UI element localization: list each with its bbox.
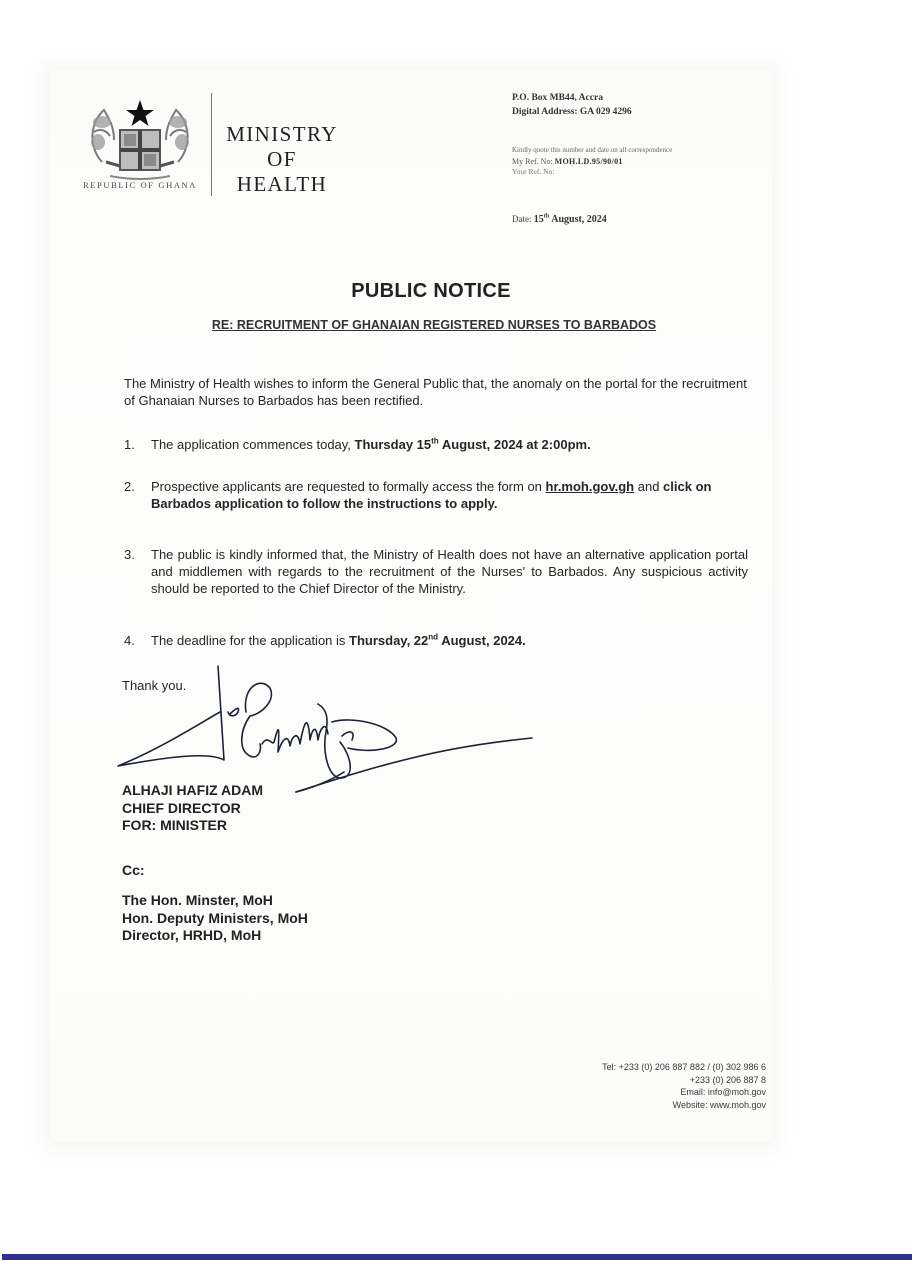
notice-subject: RE: RECRUITMENT OF GHANAIAN REGISTERED N…	[0, 318, 868, 332]
cc-list: The Hon. Minster, MoH Hon. Deputy Minist…	[122, 892, 308, 945]
footer-website: Website: www.moh.gov	[540, 1099, 766, 1112]
letter-date: Date: 15th August, 2024	[512, 214, 607, 225]
ministry-address: P.O. Box MB44, Accra Digital Address: GA…	[512, 91, 632, 119]
notice-title: PUBLIC NOTICE	[0, 280, 862, 303]
digital-address: Digital Address: GA 029 4296	[512, 105, 632, 119]
item-number: 2.	[124, 478, 135, 495]
ministry-line: MINISTRY	[216, 122, 348, 147]
footer-contact: Tel: +233 (0) 206 887 882 / (0) 302 986 …	[540, 1061, 766, 1111]
signature-icon	[112, 660, 542, 800]
reference-note: Kindly quote this number and date on all…	[512, 146, 732, 156]
my-ref-value: MOH.LD.95/90/01	[555, 157, 623, 166]
item-number: 1.	[124, 436, 135, 453]
coat-of-arms-icon	[80, 92, 200, 184]
my-reference: My Ref. No: MOH.LD.95/90/01	[512, 156, 732, 167]
item-text: The public is kindly informed that, the …	[151, 546, 748, 597]
scanned-letter-page	[50, 70, 772, 1142]
date-value: 15th August, 2024	[534, 214, 607, 225]
footer-telephone: Tel: +233 (0) 206 887 882 / (0) 302 986 …	[540, 1061, 766, 1074]
po-box: P.O. Box MB44, Accra	[512, 91, 632, 105]
ministry-name: MINISTRY OF HEALTH	[216, 122, 348, 197]
republic-label: REPUBLIC OF GHANA	[64, 180, 216, 190]
cc-label: Cc:	[122, 862, 145, 878]
reference-block: Kindly quote this number and date on all…	[512, 146, 732, 176]
signatory-block: ALHAJI HAFIZ ADAM CHIEF DIRECTOR FOR: MI…	[122, 782, 263, 835]
signatory-on-behalf: FOR: MINISTER	[122, 817, 263, 835]
date-label: Date:	[512, 214, 532, 224]
signatory-position: CHIEF DIRECTOR	[122, 800, 263, 818]
intro-paragraph: The Ministry of Health wishes to inform …	[124, 375, 748, 409]
signatory-name: ALHAJI HAFIZ ADAM	[122, 782, 263, 800]
ministry-line: HEALTH	[216, 172, 348, 197]
deadline-date: Thursday, 22nd August, 2024.	[349, 633, 526, 648]
my-ref-label: My Ref. No:	[512, 157, 553, 166]
cc-recipient: Director, HRHD, MoH	[122, 927, 308, 945]
your-ref-label: Your Ref. No:	[512, 167, 732, 177]
footer-email: Email: info@moh.gov	[540, 1086, 766, 1099]
item-number: 3.	[124, 546, 135, 563]
start-datetime: Thursday 15th August, 2024 at 2:00pm.	[355, 437, 591, 452]
bottom-accent-bar	[2, 1254, 912, 1260]
cc-recipient: The Hon. Minster, MoH	[122, 892, 308, 910]
list-item: 2. Prospective applicants are requested …	[124, 478, 748, 512]
list-item: 1. The application commences today, Thur…	[124, 436, 748, 453]
portal-link[interactable]: hr.moh.gov.gh	[546, 479, 635, 494]
footer-telephone-alt: +233 (0) 206 887 8	[540, 1074, 766, 1087]
list-item: 4. The deadline for the application is T…	[124, 632, 748, 649]
letterhead-divider	[211, 93, 212, 196]
ministry-line: OF	[216, 147, 348, 172]
cc-recipient: Hon. Deputy Ministers, MoH	[122, 910, 308, 928]
item-number: 4.	[124, 632, 135, 649]
list-item: 3. The public is kindly informed that, t…	[124, 546, 748, 597]
